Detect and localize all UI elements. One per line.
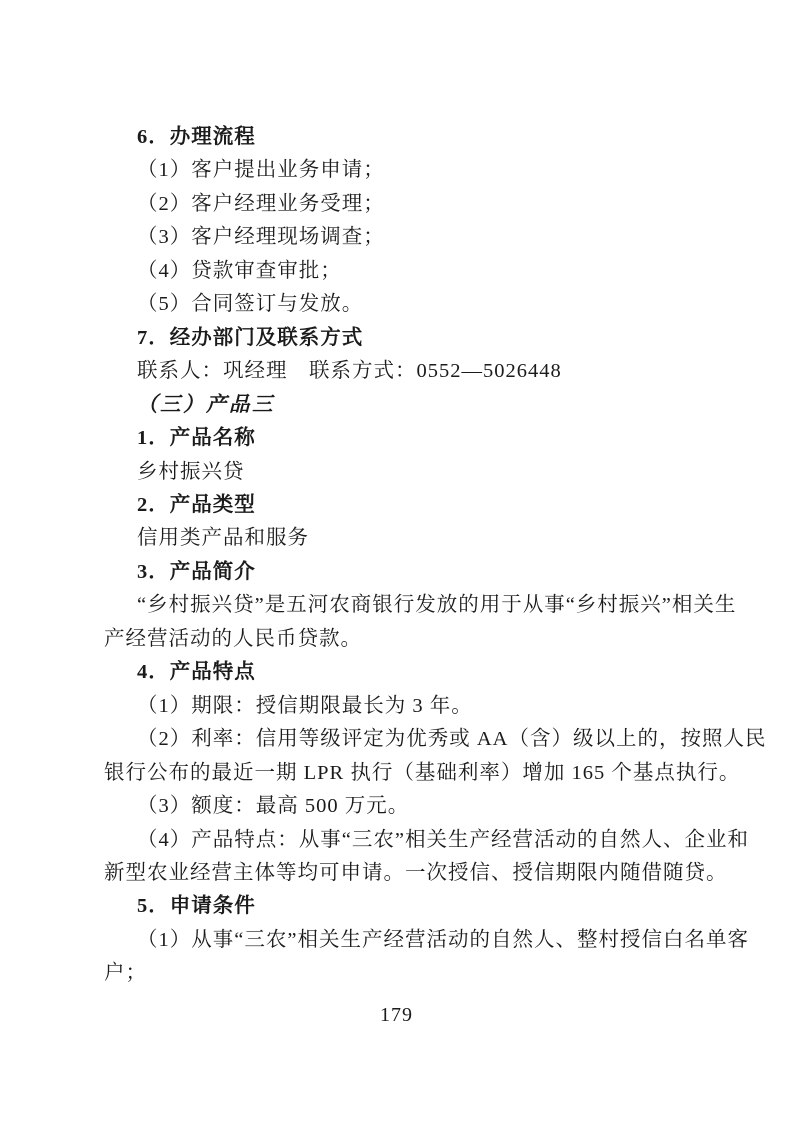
condition-1-line-1: （1）从事“三农”相关生产经营活动的自然人、整村授信白名单客 <box>104 924 691 957</box>
procedure-step-3: （3）客户经理现场调查； <box>104 221 691 254</box>
heading-product-name: 1．产品名称 <box>104 422 691 455</box>
feature-desc-line-1: （4）产品特点：从事“三农”相关生产经营活动的自然人、企业和 <box>104 824 691 857</box>
heading-contact: 7．经办部门及联系方式 <box>104 322 691 355</box>
feature-rate-line-2: 银行公布的最近一期 LPR 执行（基础利率）增加 165 个基点执行。 <box>104 757 691 790</box>
product-intro-line-1: “乡村振兴贷”是五河农商银行发放的用于从事“乡村振兴”相关生 <box>104 589 691 622</box>
heading-product-features: 4．产品特点 <box>104 656 691 689</box>
procedure-step-4: （4）贷款审查审批； <box>104 255 691 288</box>
procedure-step-5: （5）合同签订与发放。 <box>104 288 691 321</box>
document-page: 6．办理流程 （1）客户提出业务申请； （2）客户经理业务受理； （3）客户经理… <box>0 0 793 1122</box>
feature-amount: （3）额度：最高 500 万元。 <box>104 790 691 823</box>
contact-info: 联系人：巩经理 联系方式：0552—5026448 <box>104 355 691 388</box>
feature-desc-line-2: 新型农业经营主体等均可申请。一次授信、授信期限内随借随贷。 <box>104 857 691 890</box>
feature-term: （1）期限：授信期限最长为 3 年。 <box>104 690 691 723</box>
procedure-step-1: （1）客户提出业务申请； <box>104 154 691 187</box>
page-number: 179 <box>0 999 793 1032</box>
heading-application-conditions: 5．申请条件 <box>104 890 691 923</box>
procedure-step-2: （2）客户经理业务受理； <box>104 188 691 221</box>
product-name: 乡村振兴贷 <box>104 456 691 489</box>
condition-1-line-2: 户； <box>104 957 691 990</box>
feature-rate-line-1: （2）利率：信用等级评定为优秀或 AA（含）级以上的，按照人民 <box>104 723 691 756</box>
page-content: 6．办理流程 （1）客户提出业务申请； （2）客户经理业务受理； （3）客户经理… <box>104 121 691 991</box>
product-type: 信用类产品和服务 <box>104 522 691 555</box>
heading-product-intro: 3．产品简介 <box>104 556 691 589</box>
heading-product-3: （三）产品三 <box>104 389 691 422</box>
product-intro-line-2: 产经营活动的人民币贷款。 <box>104 623 691 656</box>
heading-product-type: 2．产品类型 <box>104 489 691 522</box>
heading-procedure: 6．办理流程 <box>104 121 691 154</box>
